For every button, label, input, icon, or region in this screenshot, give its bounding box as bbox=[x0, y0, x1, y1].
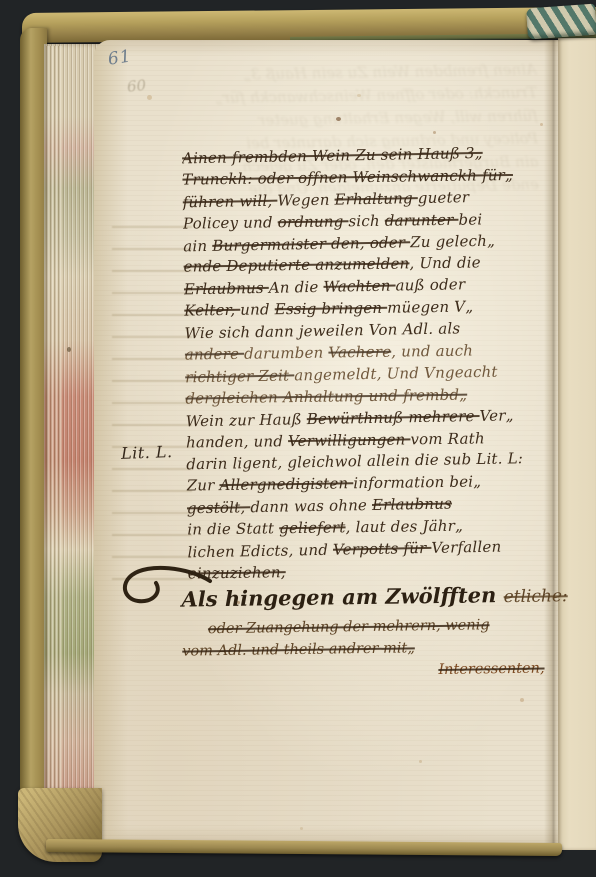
text-run: Wegen bbox=[277, 190, 335, 209]
page-edge-steps bbox=[46, 46, 62, 842]
body-text-block: Ainen frembden Wein Zu sein Hauß 3„Trunc… bbox=[182, 142, 556, 591]
adjacent-page-sliver bbox=[558, 38, 596, 850]
struck-text: Verpotts für bbox=[333, 539, 432, 559]
text-run: handen, und bbox=[186, 432, 288, 451]
book-cover-left-edge bbox=[20, 28, 47, 856]
book-cover-bottom-edge bbox=[46, 839, 562, 856]
text-run: , Und die bbox=[409, 254, 481, 273]
text-run: Zur bbox=[187, 476, 220, 494]
endband-weave bbox=[526, 4, 596, 40]
text-run: Zu gelech„ bbox=[410, 231, 495, 251]
text-run: darin ligent, gleichwol allein die sub L… bbox=[186, 450, 523, 474]
text-run: ain bbox=[183, 236, 212, 255]
text-run: auß oder bbox=[395, 276, 465, 295]
struck-text: Ainen frembden Wein Zu sein Hauß 3„ bbox=[182, 144, 483, 168]
struck-text: etliche: bbox=[504, 586, 568, 607]
heading-text-block: Als hingegen am Zwölfften etliche:oder Z… bbox=[181, 577, 554, 684]
struck-text: führen will, bbox=[183, 191, 278, 211]
text-run: und bbox=[240, 301, 275, 319]
struck-text: Kelter, bbox=[184, 301, 240, 320]
text-run: , und auch bbox=[391, 342, 473, 361]
struck-text: Erlaubnus bbox=[184, 279, 269, 299]
text-run: Policey und bbox=[183, 213, 278, 232]
struck-text: Verwilligungen bbox=[288, 430, 411, 450]
text-run: sich bbox=[348, 211, 385, 230]
text-run: lichen Edicts, und bbox=[187, 541, 333, 562]
struck-text: Allergnedigisten bbox=[219, 475, 353, 495]
struck-text: Burgermaister den, oder bbox=[212, 233, 410, 255]
text-run: Wie sich dann jeweilen Von Adl. als bbox=[184, 319, 460, 342]
struck-text: vom Adl. und theils andrer mit„ bbox=[182, 640, 415, 659]
struck-text: Interessenten, bbox=[438, 661, 544, 678]
struck-text: Bewürthnuß mehrere bbox=[307, 407, 480, 428]
struck-text: ende Deputierte anzumelden bbox=[183, 255, 409, 276]
struck-text: oder Zuangehung der mehrern, wenig bbox=[208, 617, 490, 637]
struck-text: darunter bbox=[385, 210, 459, 229]
struck-text: Erhaltung bbox=[334, 189, 418, 209]
struck-text: andere bbox=[185, 345, 245, 364]
text-run: Als hingegen am Zwölfften bbox=[181, 582, 503, 611]
struck-text: ordnung bbox=[278, 212, 349, 231]
struck-text: geliefert bbox=[279, 518, 346, 537]
text-run: Wein zur Hauß bbox=[186, 410, 307, 430]
text-run: Ver„ bbox=[479, 406, 513, 425]
text-run: angemeldt, Und Vngeacht bbox=[294, 363, 498, 385]
text-run: Verfallen bbox=[431, 538, 501, 557]
bleedthrough-ruling bbox=[112, 208, 192, 588]
struck-text: Wachten bbox=[323, 277, 395, 296]
text-run: An die bbox=[269, 278, 324, 297]
text-run: müegen V„ bbox=[387, 298, 473, 317]
text-run: information bei„ bbox=[353, 473, 481, 493]
struck-text: dergleichen Anhaltung und frembd„ bbox=[185, 385, 467, 407]
text-run: bei bbox=[458, 210, 482, 228]
struck-text: Erlaubnus bbox=[372, 495, 452, 514]
manuscript-scan: Ainen frembden Wein Zu sein Hauß 3„Trunc… bbox=[0, 0, 596, 877]
struck-text: Essig bringen bbox=[275, 299, 388, 319]
folio-number: 61 bbox=[107, 46, 133, 69]
text-run: in die Statt bbox=[187, 519, 279, 538]
text-run: vom Rath bbox=[410, 429, 485, 448]
text-run: gueter bbox=[418, 188, 470, 207]
heading-line: Als hingegen am Zwölfften etliche: bbox=[181, 577, 553, 618]
struck-text: Vachere bbox=[328, 343, 391, 362]
text-run: dann was ohne bbox=[250, 496, 372, 516]
struck-text: richtiger Zeit bbox=[185, 366, 294, 386]
text-run: darumben bbox=[244, 344, 329, 363]
margin-note-lit-l: Lit. L. bbox=[121, 442, 173, 463]
ghost-folio-number: 60 bbox=[126, 76, 147, 96]
struck-text: gestölt, bbox=[187, 498, 251, 517]
text-run: , laut des Jähr„ bbox=[345, 517, 463, 537]
